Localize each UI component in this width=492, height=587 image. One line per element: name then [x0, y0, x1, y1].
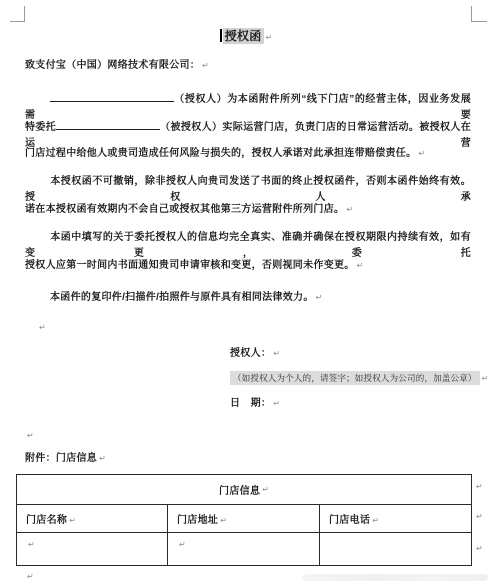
- salutation-text: 致支付宝（中国）网络技术有限公司：: [25, 60, 200, 71]
- scan-artifact: [302, 574, 488, 581]
- paragraph3-line1-text: 本函中填写的关于委托授权人的信息均完全真实、准确并确保在授权期限内持续有效，如有…: [25, 232, 471, 259]
- attachment-label-line: 附件：门店信息↵: [25, 451, 471, 467]
- empty-paragraph: ↵: [37, 320, 471, 336]
- store-phone-header-text: 门店电话: [329, 515, 370, 526]
- paragraph-mark-icon: ↵: [357, 261, 364, 270]
- table-title-row: 门店信息↵: [17, 475, 471, 504]
- row-end-mark-icon: ↵: [476, 512, 483, 521]
- store-name-cell[interactable]: ↵: [17, 533, 167, 565]
- paragraph-mark-icon: ↵: [316, 293, 323, 302]
- store-address-header-text: 门店地址: [177, 515, 218, 526]
- paragraph-mark-icon: ↵: [273, 349, 280, 358]
- paragraph3-line2-text: 授权人应第一时间内书面通知贵司申请审核和变更，否则视同未作变更。: [25, 260, 355, 271]
- signature-note-line: （如授权人为个人的，请签字；如授权人为公司的，加盖公章）↵: [230, 370, 488, 387]
- paragraph-mark-icon: ↵: [28, 540, 35, 549]
- table-title: 门店信息: [219, 482, 260, 497]
- paragraph-mark-icon: ↵: [482, 374, 489, 383]
- table-header-store-name: 门店名称↵: [17, 505, 167, 532]
- store-info-table: 门店信息↵ 门店名称↵ 门店地址↵ 门店电话↵ ↵ ↵: [16, 474, 472, 566]
- paragraph1-line2-prefix: 特委托: [25, 122, 56, 133]
- page-title: 授权函: [223, 28, 264, 44]
- table-header-store-address: 门店地址↵: [167, 505, 319, 532]
- paragraph1-line3: 门店过程中给他人或贵司造成任何风险与损失的，授权人承诺对此承担连带赔偿责任。↵: [25, 146, 471, 162]
- text-cursor: [220, 29, 222, 42]
- store-address-cell[interactable]: ↵: [167, 533, 319, 565]
- table-header-store-phone: 门店电话↵: [319, 505, 471, 532]
- paragraph-mark-icon: ↵: [27, 431, 34, 440]
- paragraph-mark-icon: ↵: [266, 33, 273, 42]
- title-line: 授权函↵: [0, 28, 492, 46]
- paragraph-mark-icon: ↵: [220, 516, 227, 525]
- paragraph-mark-icon: ↵: [69, 516, 76, 525]
- paragraph-mark-icon: ↵: [372, 516, 379, 525]
- date-label-line: 日 期：↵: [230, 396, 280, 412]
- store-phone-cell[interactable]: [319, 533, 471, 565]
- authorizer-label: 授权人：: [230, 348, 271, 359]
- margin-cropmark-topright-icon: [471, 6, 487, 22]
- paragraph-mark-icon: ↵: [262, 485, 269, 494]
- attachment-label: 附件：门店信息: [25, 453, 97, 464]
- paragraph-mark-icon: ↵: [273, 399, 280, 408]
- authorizee-blank-field[interactable]: [56, 118, 160, 130]
- authorizer-blank-field[interactable]: [50, 90, 174, 102]
- row-end-mark-icon: ↵: [476, 482, 483, 491]
- paragraph1-line3-text: 门店过程中给他人或贵司造成任何风险与损失的，授权人承诺对此承担连带赔偿责任。: [25, 148, 416, 159]
- paragraph2-line2-text: 诺在本授权函有效期内不会自己或授权其他第三方运营附件所列门店。: [25, 204, 344, 215]
- margin-cropmark-topleft-icon: [10, 6, 25, 22]
- store-name-header-text: 门店名称: [26, 515, 67, 526]
- paragraph-mark-icon: ↵: [99, 454, 106, 463]
- empty-paragraph: ↵: [25, 428, 471, 444]
- paragraph2-line2: 诺在本授权函有效期内不会自己或授权其他第三方运营附件所列门店。↵: [25, 202, 471, 218]
- authorizer-label-line: 授权人：↵: [230, 346, 280, 362]
- signature-note: （如授权人为个人的，请签字；如授权人为公司的，加盖公章）: [230, 371, 480, 385]
- date-label: 日 期：: [230, 398, 271, 409]
- paragraph3-line2: 授权人应第一时间内书面通知贵司申请审核和变更，否则视同未作变更。↵: [25, 258, 471, 274]
- paragraph-mark-icon: ↵: [418, 149, 425, 158]
- paragraph4-line: 本函件的复印件/扫描件/拍照件与原件具有相同法律效力。↵: [25, 290, 471, 306]
- paragraph-mark-icon: ↵: [179, 540, 186, 549]
- paragraph2-line1-text: 本授权函不可撤销，除非授权人向贵司发送了书面的终止授权函件，否则本函件始终有效。…: [25, 176, 471, 203]
- paragraph4-text: 本函件的复印件/扫描件/拍照件与原件具有相同法律效力。: [50, 292, 314, 303]
- paragraph-mark-icon: ↵: [346, 205, 353, 214]
- row-end-mark-icon: ↵: [476, 544, 483, 553]
- table-header-row: 门店名称↵ 门店地址↵ 门店电话↵: [17, 504, 471, 532]
- paragraph-mark-icon: ↵: [39, 323, 46, 332]
- paragraph-mark-icon: ↵: [202, 61, 209, 70]
- document-page[interactable]: 授权函↵ 致支付宝（中国）网络技术有限公司：↵ （授权人）为本函附件所列“线下门…: [0, 0, 492, 587]
- salutation-line: 致支付宝（中国）网络技术有限公司：↵: [25, 58, 471, 74]
- table-empty-row: ↵ ↵: [17, 532, 471, 565]
- paragraph-mark-icon: ↵: [27, 572, 34, 581]
